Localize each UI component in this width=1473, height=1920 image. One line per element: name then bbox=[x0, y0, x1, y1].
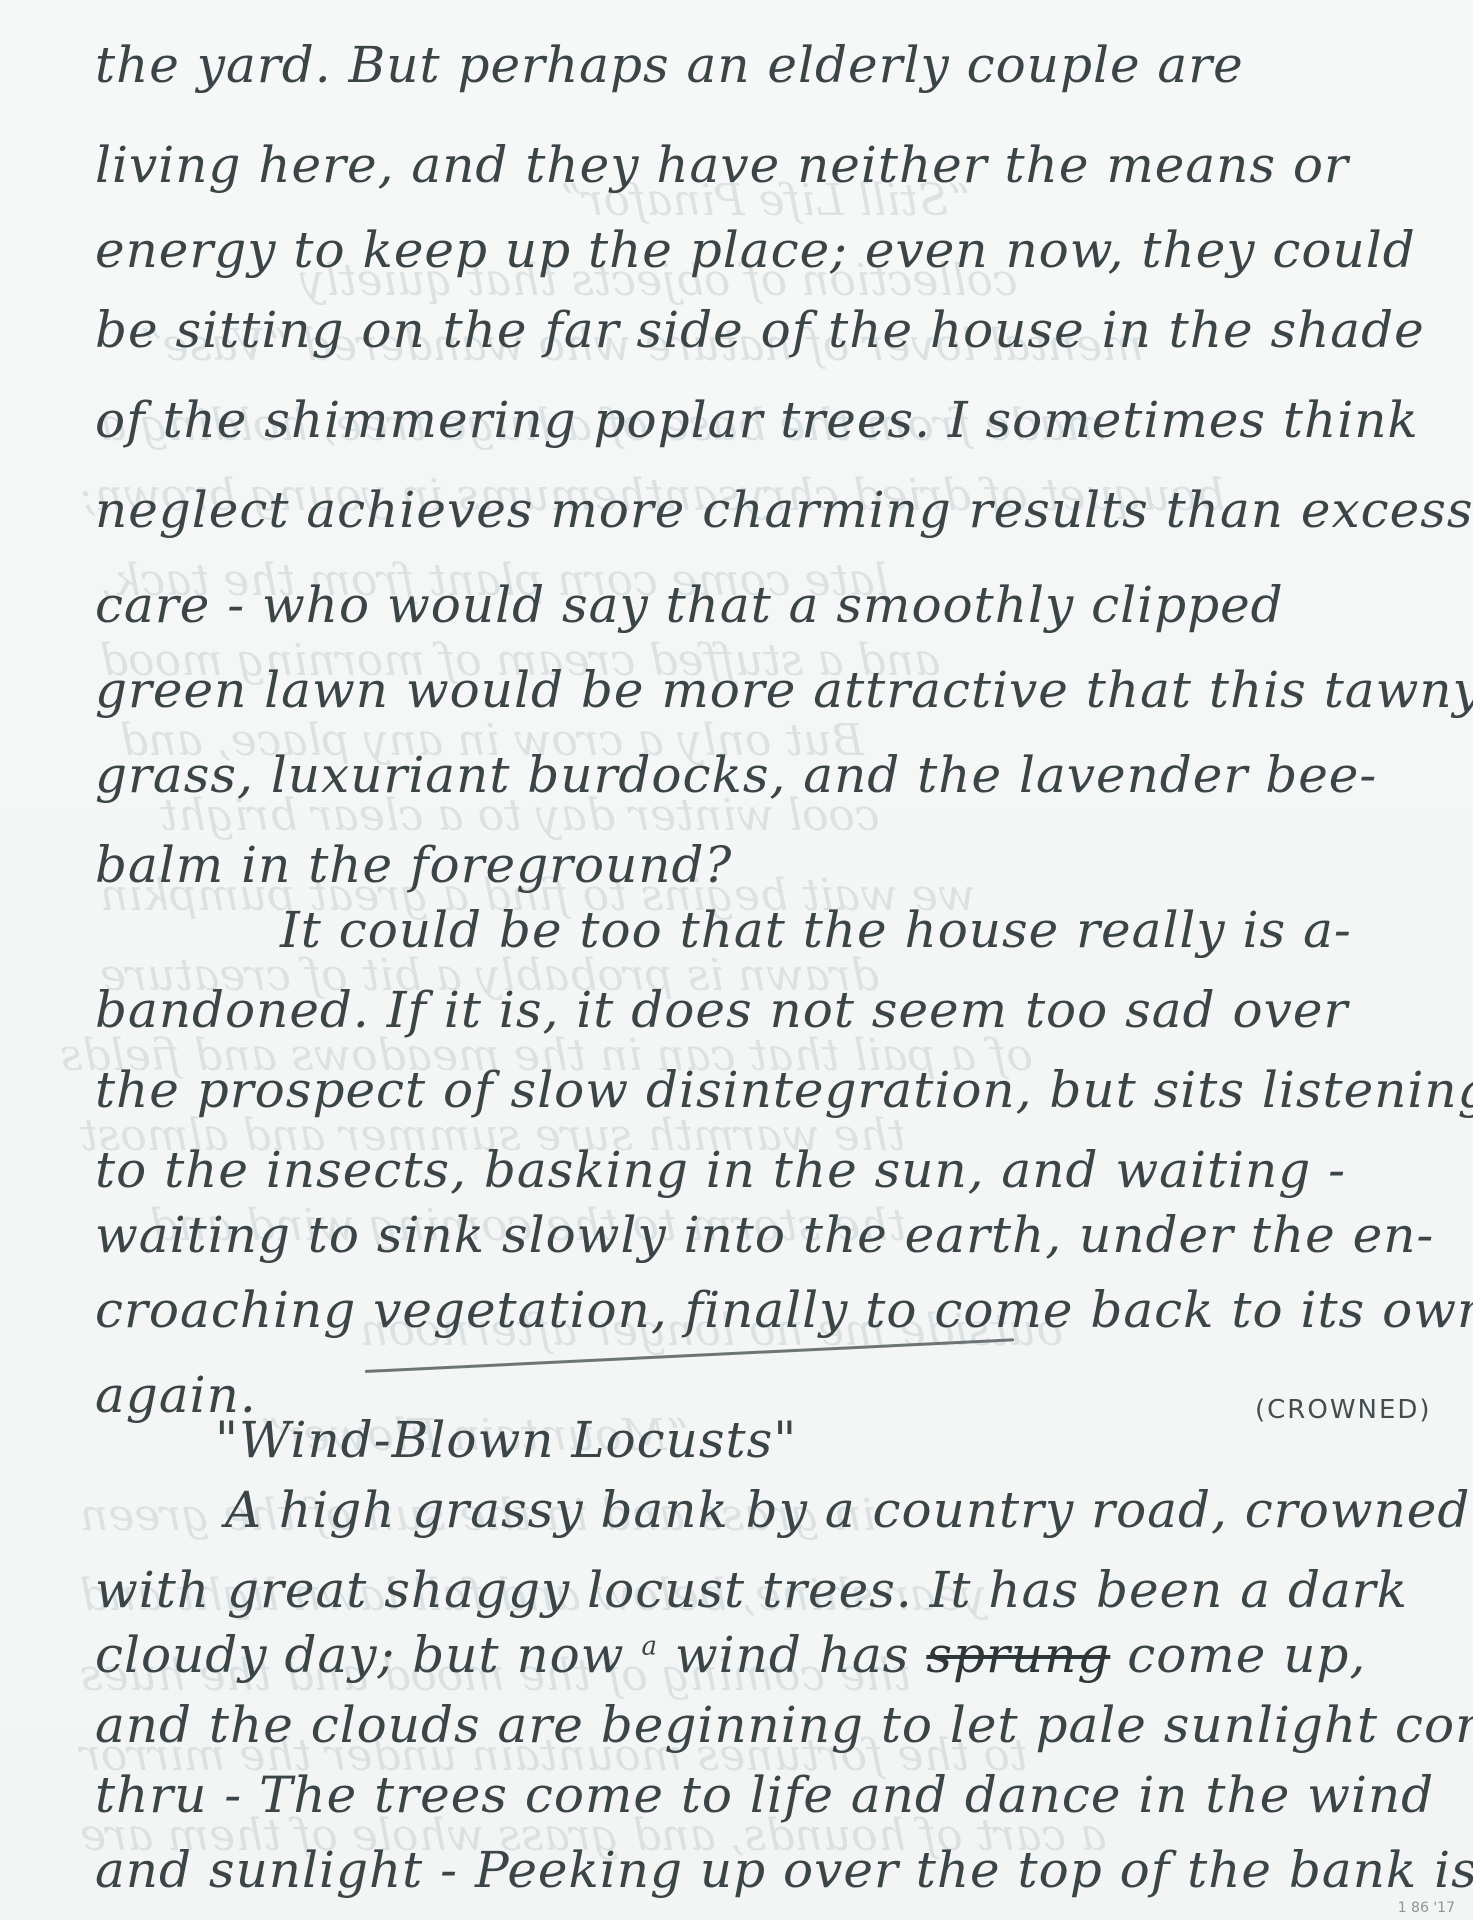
section-title: "Wind-Blown Locusts" bbox=[215, 1415, 797, 1465]
text-line: with great shaggy locust trees. It has b… bbox=[95, 1565, 1408, 1615]
manuscript-page: “Still Life Pinafor” collection of objec… bbox=[0, 0, 1473, 1920]
text-line: croaching vegetation, finally to come ba… bbox=[95, 1285, 1473, 1335]
section-divider bbox=[365, 1338, 1014, 1373]
text-line: cloudy day; but now a wind has sprung co… bbox=[95, 1630, 1366, 1680]
text-line: of the shimmering poplar trees. I someti… bbox=[95, 395, 1419, 445]
text-line: care - who would say that a smoothly cli… bbox=[95, 580, 1284, 630]
text-line: and sunlight - Peeking up over the top o… bbox=[95, 1845, 1473, 1895]
text-line: balm in the foreground? bbox=[95, 840, 732, 890]
text-line: the yard. But perhaps an elderly couple … bbox=[95, 40, 1244, 90]
text-line: green lawn would be more attractive that… bbox=[95, 665, 1473, 715]
struck-word: sprung bbox=[926, 1626, 1110, 1684]
text-line: be sitting on the far side of the house … bbox=[95, 305, 1425, 355]
text-line: the prospect of slow disintegration, but… bbox=[95, 1065, 1473, 1115]
inserted-word: a bbox=[641, 1631, 658, 1661]
text-line: bandoned. If it is, it does not seem too… bbox=[95, 985, 1348, 1035]
text-segment: wind has bbox=[658, 1626, 926, 1684]
text-line: energy to keep up the place; even now, t… bbox=[95, 225, 1416, 275]
text-line: living here, and they have neither the m… bbox=[95, 140, 1349, 190]
page-number: 1 86 '17 bbox=[1398, 1900, 1455, 1916]
margin-note: (CROWNED) bbox=[1255, 1395, 1432, 1425]
text-segment: come up, bbox=[1110, 1626, 1366, 1684]
text-line: It could be too that the house really is… bbox=[280, 905, 1352, 955]
text-line: grass, luxuriant burdocks, and the laven… bbox=[95, 750, 1377, 800]
text-line: waiting to sink slowly into the earth, u… bbox=[95, 1210, 1434, 1260]
text-line: and the clouds are beginning to let pale… bbox=[95, 1700, 1473, 1750]
text-line: A high grassy bank by a country road, cr… bbox=[225, 1485, 1470, 1535]
text-line: thru - The trees come to life and dance … bbox=[95, 1770, 1434, 1820]
text-line: to the insects, basking in the sun, and … bbox=[95, 1145, 1346, 1195]
text-segment: cloudy day; but now bbox=[95, 1626, 641, 1684]
text-line: neglect achieves more charming results t… bbox=[95, 485, 1473, 535]
